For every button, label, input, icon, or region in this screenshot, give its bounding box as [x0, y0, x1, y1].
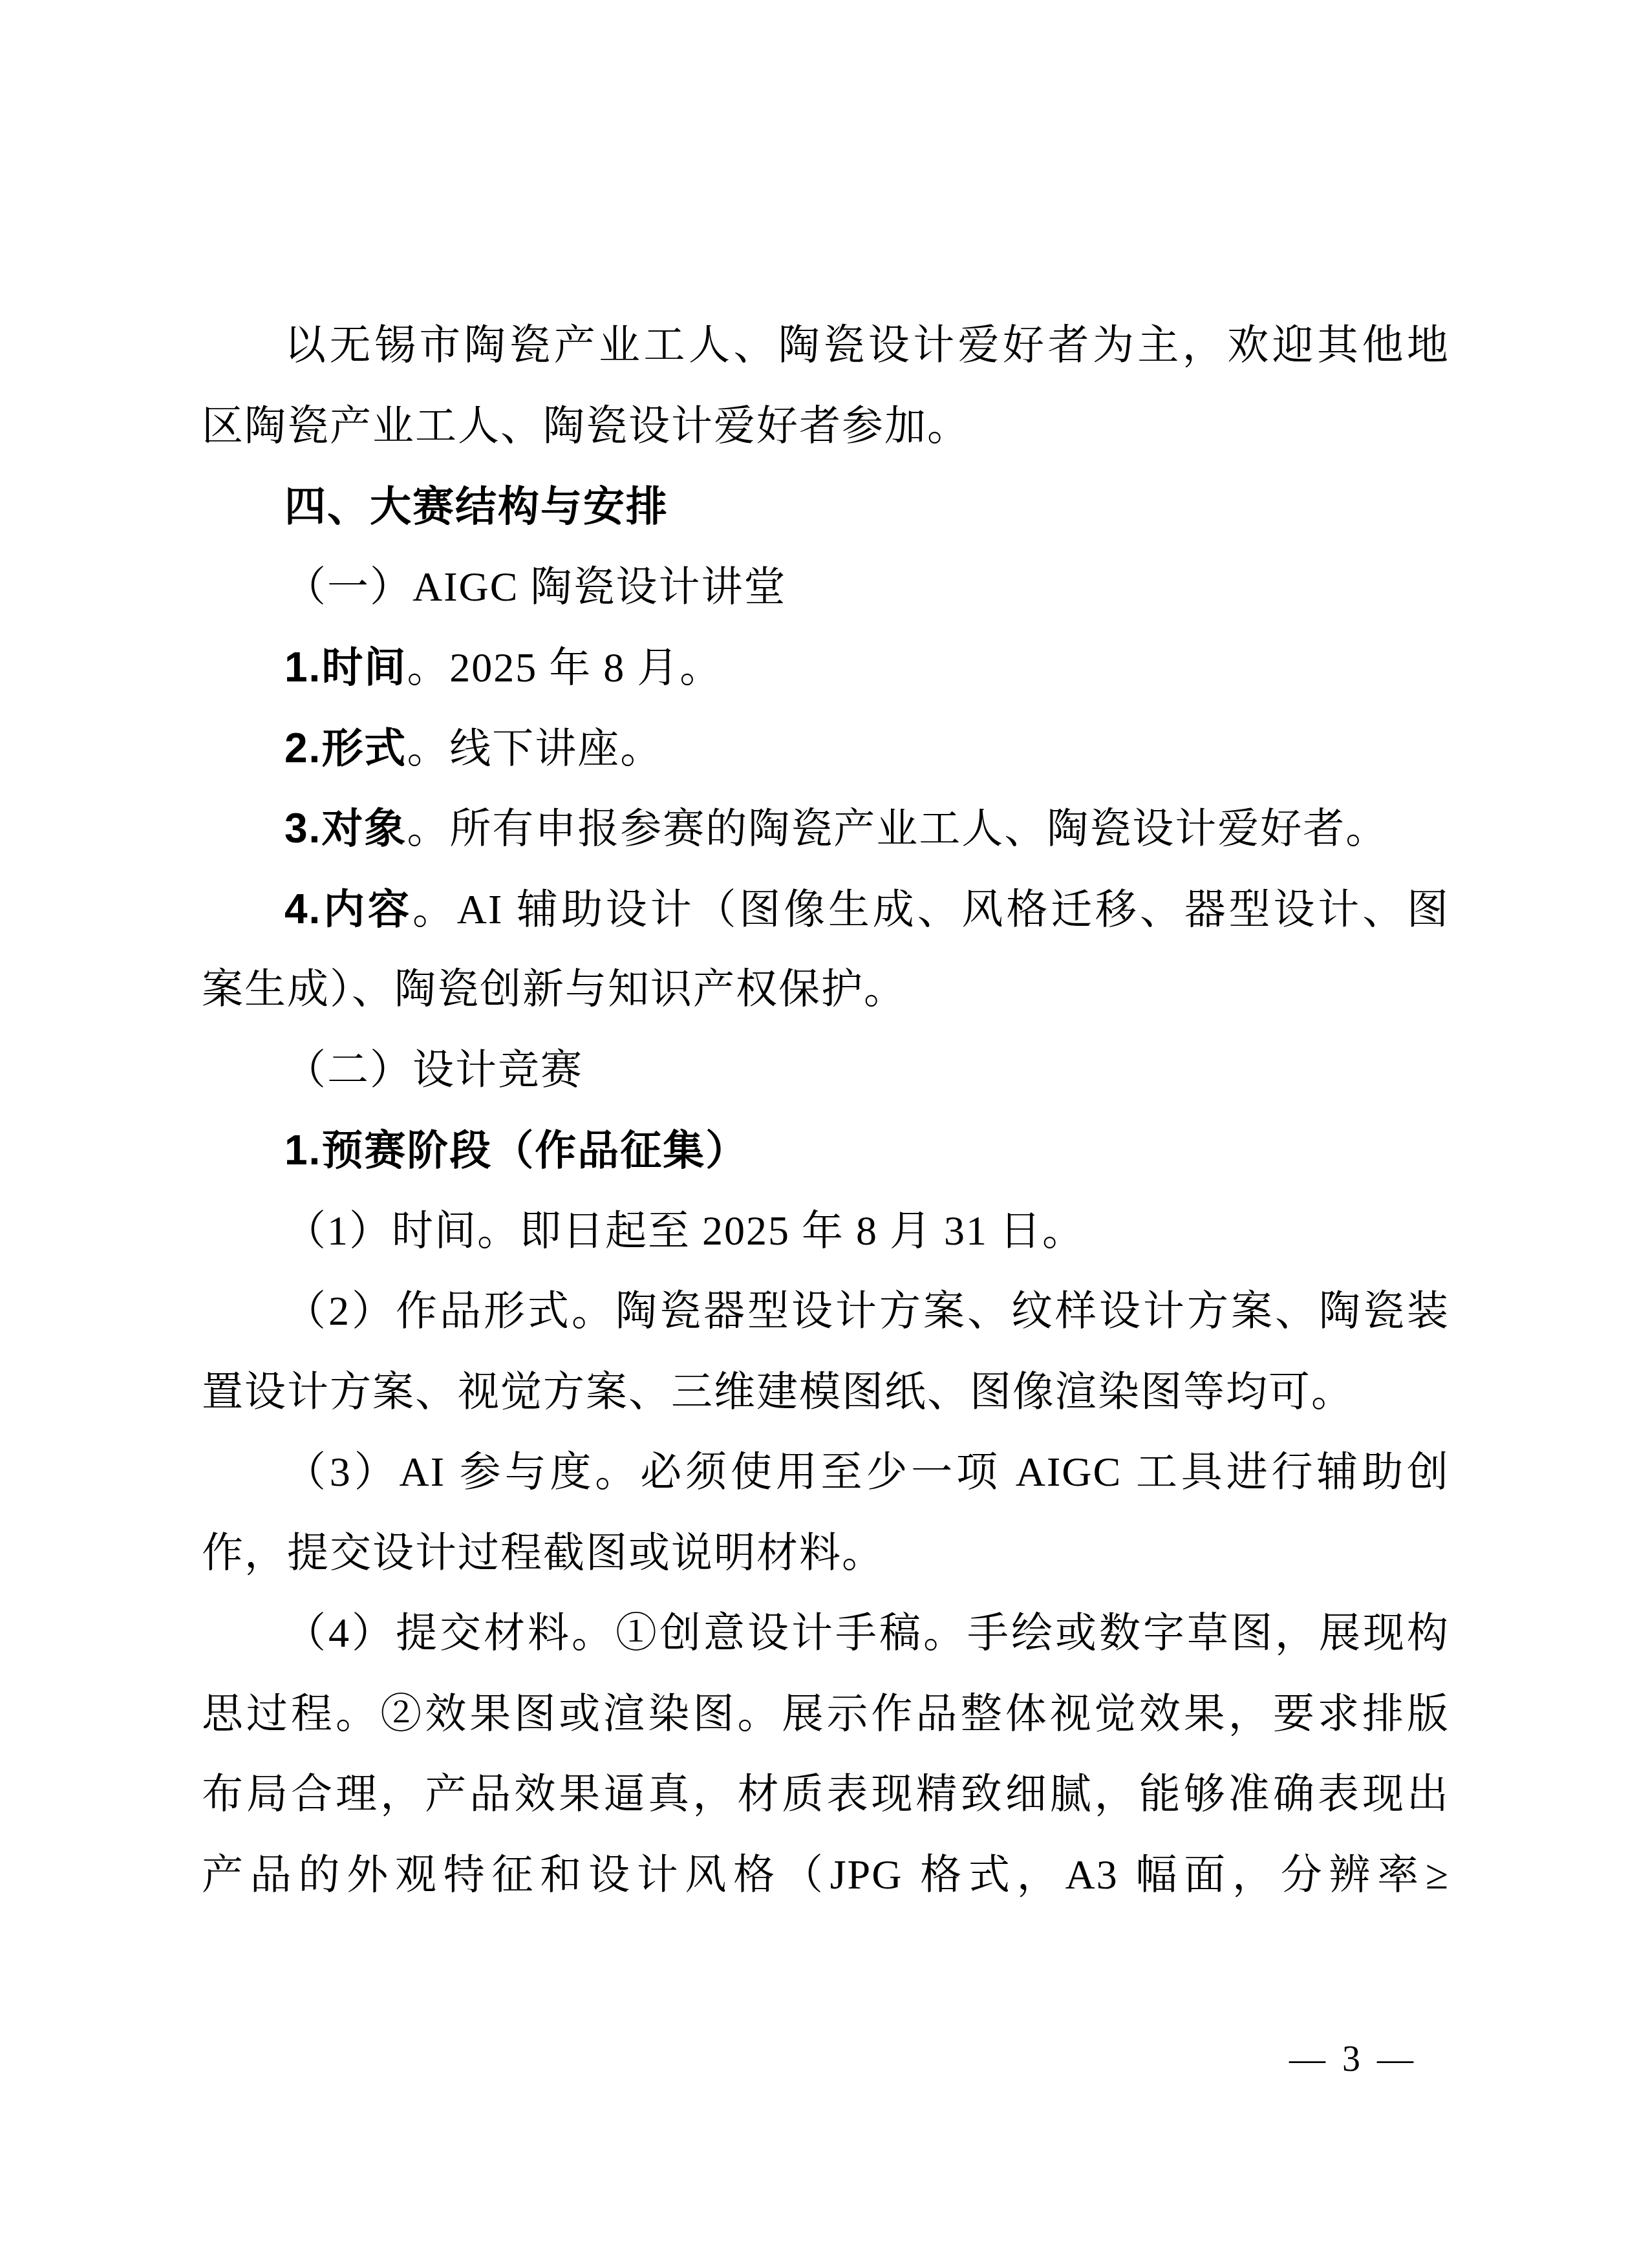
- document-body: 以无锡市陶瓷产业工人、陶瓷设计爱好者为主，欢迎其他地 区陶瓷产业工人、陶瓷设计爱…: [202, 305, 1450, 1915]
- page-number: — 3 —: [202, 2020, 1417, 2098]
- item-lecture-format: 2.形式。线下讲座。: [202, 708, 1450, 789]
- para-audience-line-2: 区陶瓷产业工人、陶瓷设计爱好者参加。: [202, 386, 1450, 467]
- text-run: 案生成）、陶瓷创新与知识产权保护。: [202, 966, 906, 1012]
- item-submission-materials-line-2: 思过程。②效果图或渲染图。展示作品整体视觉效果，要求排版: [202, 1674, 1450, 1755]
- text-run: 。所有申报参赛的陶瓷产业工人、陶瓷设计爱好者。: [407, 806, 1388, 851]
- text-run: （3）AI 参与度。必须使用至少一项 AIGC 工具进行辅助创: [284, 1449, 1450, 1495]
- item-ai-participation-line-1: （3）AI 参与度。必须使用至少一项 AIGC 工具进行辅助创: [202, 1432, 1450, 1513]
- text-run: （二）设计竞赛: [284, 1047, 583, 1093]
- text-run: 以无锡市陶瓷产业工人、陶瓷设计爱好者为主，欢迎其他地: [284, 322, 1450, 368]
- page-number-label: — 3 —: [1289, 2039, 1417, 2079]
- text-run: 置设计方案、视觉方案、三维建模图纸、图像渲染图等均可。: [202, 1369, 1354, 1415]
- text-run: 四、大赛结构与安排: [284, 483, 669, 530]
- document-page: 以无锡市陶瓷产业工人、陶瓷设计爱好者为主，欢迎其他地 区陶瓷产业工人、陶瓷设计爱…: [0, 0, 1648, 2268]
- item-submission-materials-line-4: 产品的外观特征和设计风格（JPG 格式，A3 幅面，分辨率≥: [202, 1835, 1450, 1916]
- item-label-bold: 3.对象: [284, 805, 407, 851]
- text-run: 区陶瓷产业工人、陶瓷设计爱好者参加。: [202, 403, 970, 449]
- item-label-bold: 1.时间: [284, 644, 407, 690]
- text-run: 。AI 辅助设计（图像生成、风格迁移、器型设计、图: [412, 886, 1450, 932]
- subheading-design-competition: （二）设计竞赛: [202, 1030, 1450, 1111]
- text-run: （2）作品形式。陶瓷器型设计方案、纹样设计方案、陶瓷装: [284, 1288, 1450, 1334]
- item-label-bold: 4.内容: [284, 886, 412, 932]
- text-run: 产品的外观特征和设计风格（JPG 格式，A3 幅面，分辨率≥: [202, 1852, 1450, 1898]
- text-run: （一）AIGC 陶瓷设计讲堂: [284, 564, 786, 610]
- text-run: 布局合理，产品效果逼真，材质表现精致细腻，能够准确表现出: [202, 1771, 1450, 1817]
- text-run: （4）提交材料。①创意设计手稿。手绘或数字草图，展现构: [284, 1610, 1450, 1656]
- text-run: 。线下讲座。: [407, 725, 663, 771]
- item-ai-participation-line-2: 作，提交设计过程截图或说明材料。: [202, 1513, 1450, 1594]
- item-lecture-content-line-1: 4.内容。AI 辅助设计（图像生成、风格迁移、器型设计、图: [202, 869, 1450, 950]
- text-run: 思过程。②效果图或渲染图。展示作品整体视觉效果，要求排版: [202, 1691, 1450, 1737]
- item-lecture-time: 1.时间。2025 年 8 月。: [202, 627, 1450, 708]
- item-submission-materials-line-1: （4）提交材料。①创意设计手稿。手绘或数字草图，展现构: [202, 1593, 1450, 1674]
- item-submission-materials-line-3: 布局合理，产品效果逼真，材质表现精致细腻，能够准确表现出: [202, 1754, 1450, 1835]
- item-work-format-line-1: （2）作品形式。陶瓷器型设计方案、纹样设计方案、陶瓷装: [202, 1271, 1450, 1352]
- item-label-bold: 2.形式: [284, 725, 407, 771]
- text-run: 。2025 年 8 月。: [407, 645, 722, 690]
- text-run: 1.预赛阶段（作品征集）: [284, 1127, 748, 1173]
- para-audience-line-1: 以无锡市陶瓷产业工人、陶瓷设计爱好者为主，欢迎其他地: [202, 305, 1450, 386]
- heading-preliminary-stage: 1.预赛阶段（作品征集）: [202, 1110, 1450, 1191]
- heading-section-4-structure: 四、大赛结构与安排: [202, 466, 1450, 547]
- item-preliminary-time: （1）时间。即日起至 2025 年 8 月 31 日。: [202, 1191, 1450, 1272]
- text-run: 作，提交设计过程截图或说明材料。: [202, 1530, 884, 1576]
- item-lecture-content-line-2: 案生成）、陶瓷创新与知识产权保护。: [202, 949, 1450, 1030]
- text-run: （1）时间。即日起至 2025 年 8 月 31 日。: [284, 1208, 1085, 1254]
- item-work-format-line-2: 置设计方案、视觉方案、三维建模图纸、图像渲染图等均可。: [202, 1352, 1450, 1433]
- item-lecture-target: 3.对象。所有申报参赛的陶瓷产业工人、陶瓷设计爱好者。: [202, 788, 1450, 869]
- subheading-aigc-ceramic-lecture: （一）AIGC 陶瓷设计讲堂: [202, 547, 1450, 628]
